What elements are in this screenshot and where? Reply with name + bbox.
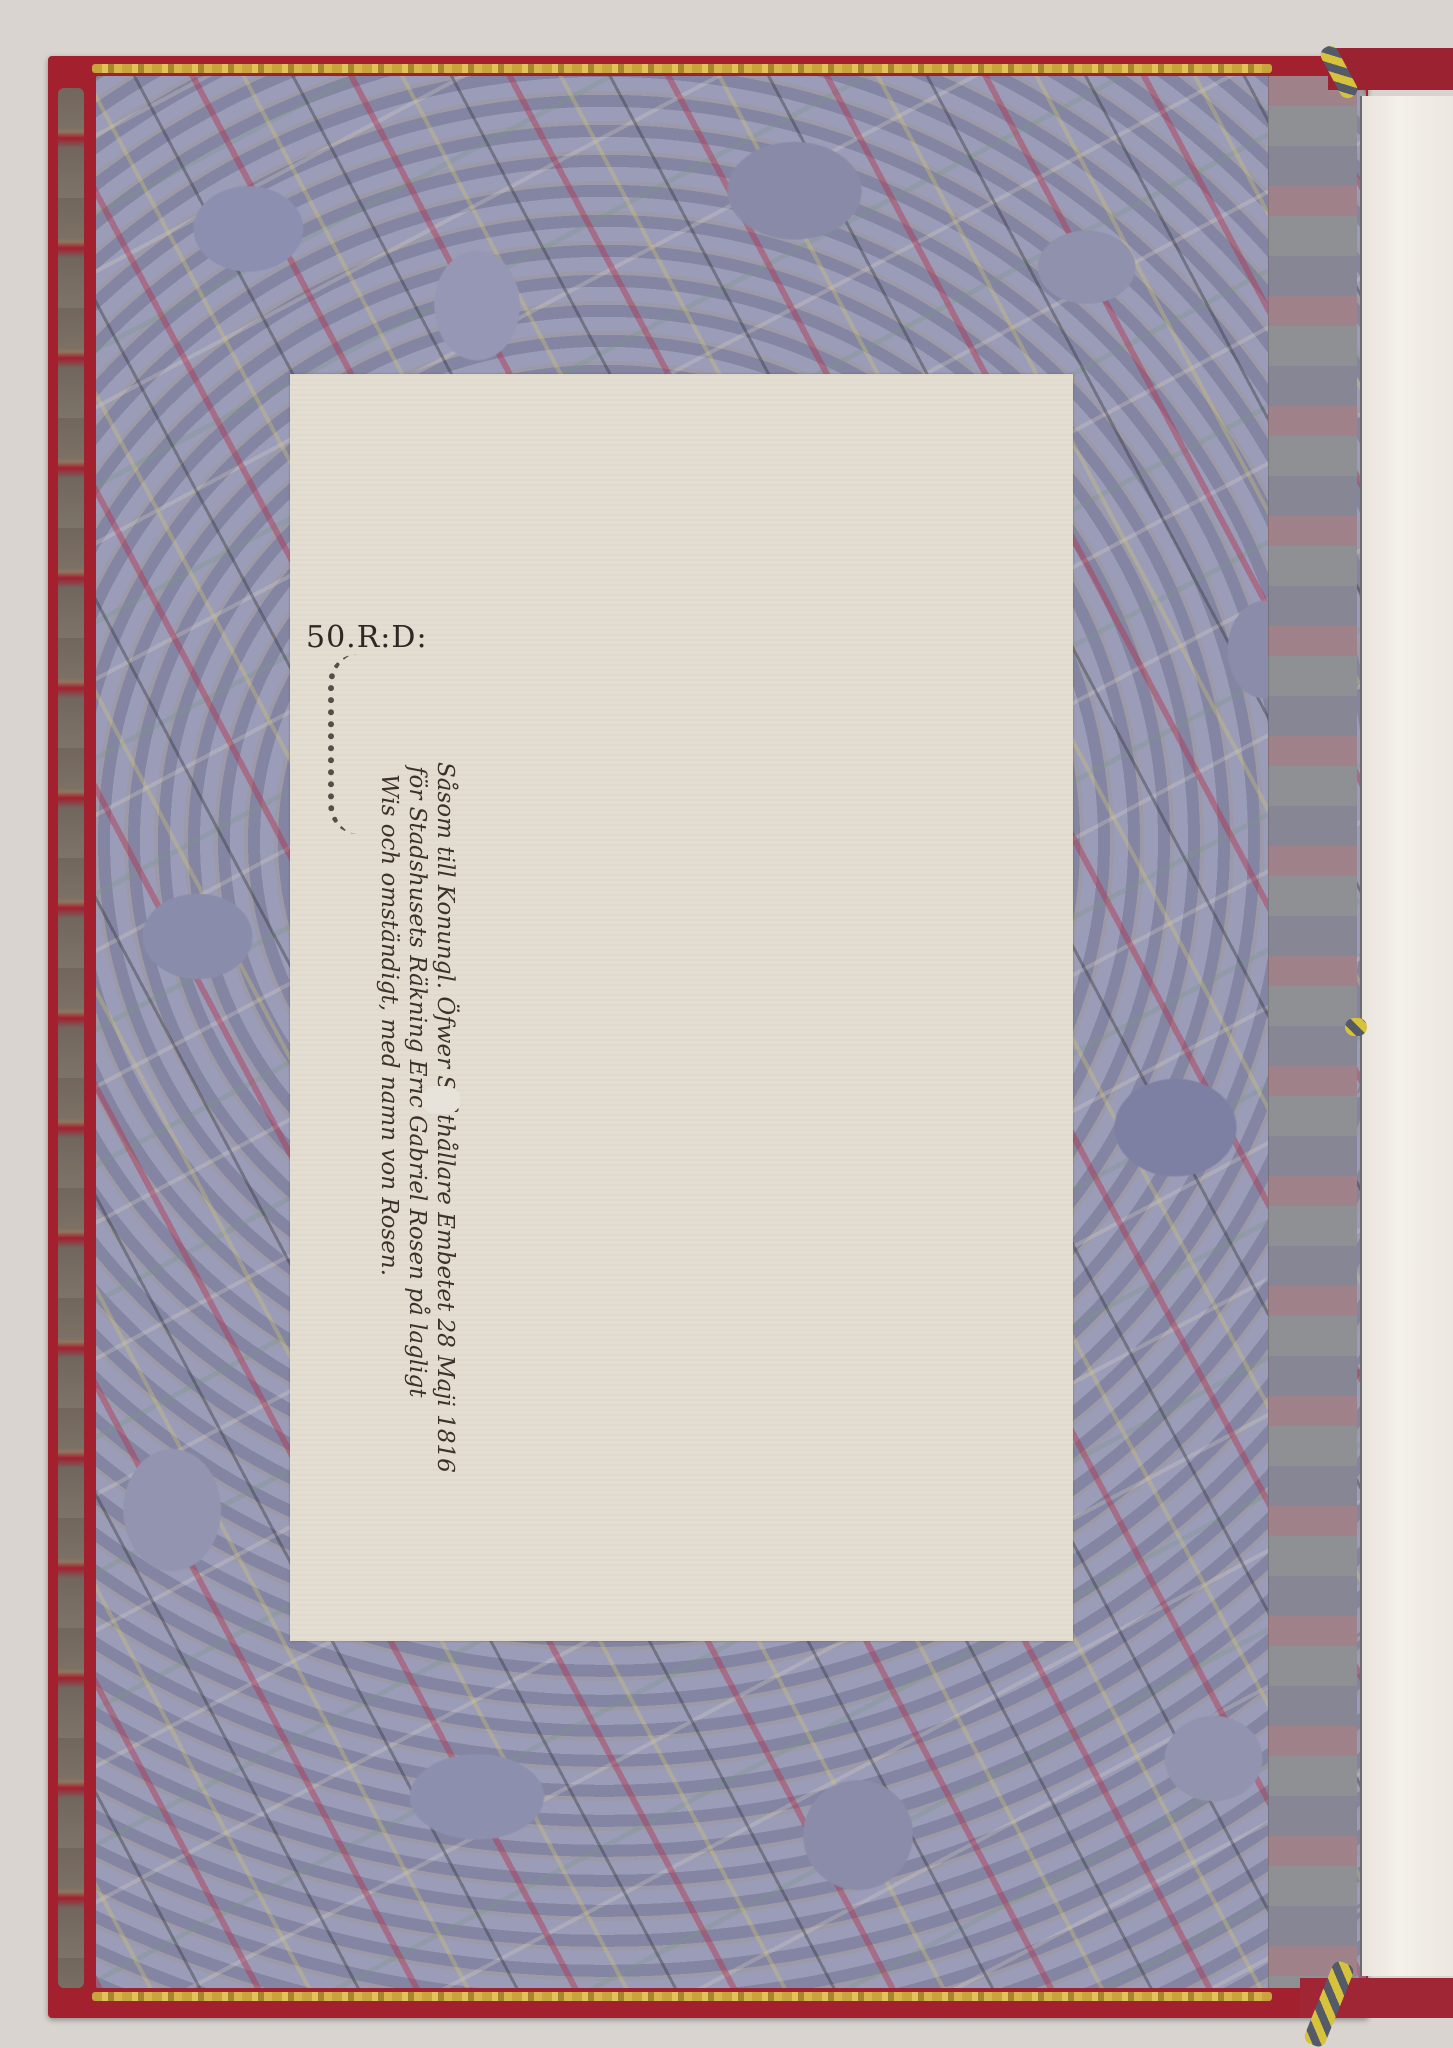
endpaper-hinge [1268,76,1357,1988]
page-block [1360,96,1453,1976]
handwriting-line-1: Såsom till Konungl. Öfwer Ståthållare Em… [432,762,458,1473]
handwriting-line-2: för Stadshusets Räkning Eric Gabriel Ros… [404,766,430,1398]
tie-cord-middle-icon [1345,1018,1367,1036]
gilt-border-top [92,64,1272,73]
gilt-border-bottom [92,1992,1272,2001]
tooled-border-left [58,88,84,1988]
value-stamp: 50.R:D: [306,620,428,655]
handwriting-line-3: Wis och omständigt, med namn von Rosen. [376,774,402,1276]
paper-label: 50.R:D: Såsom till Konungl. Öfwer Ståthå… [290,374,1073,1641]
paper-fleck [422,1086,460,1114]
